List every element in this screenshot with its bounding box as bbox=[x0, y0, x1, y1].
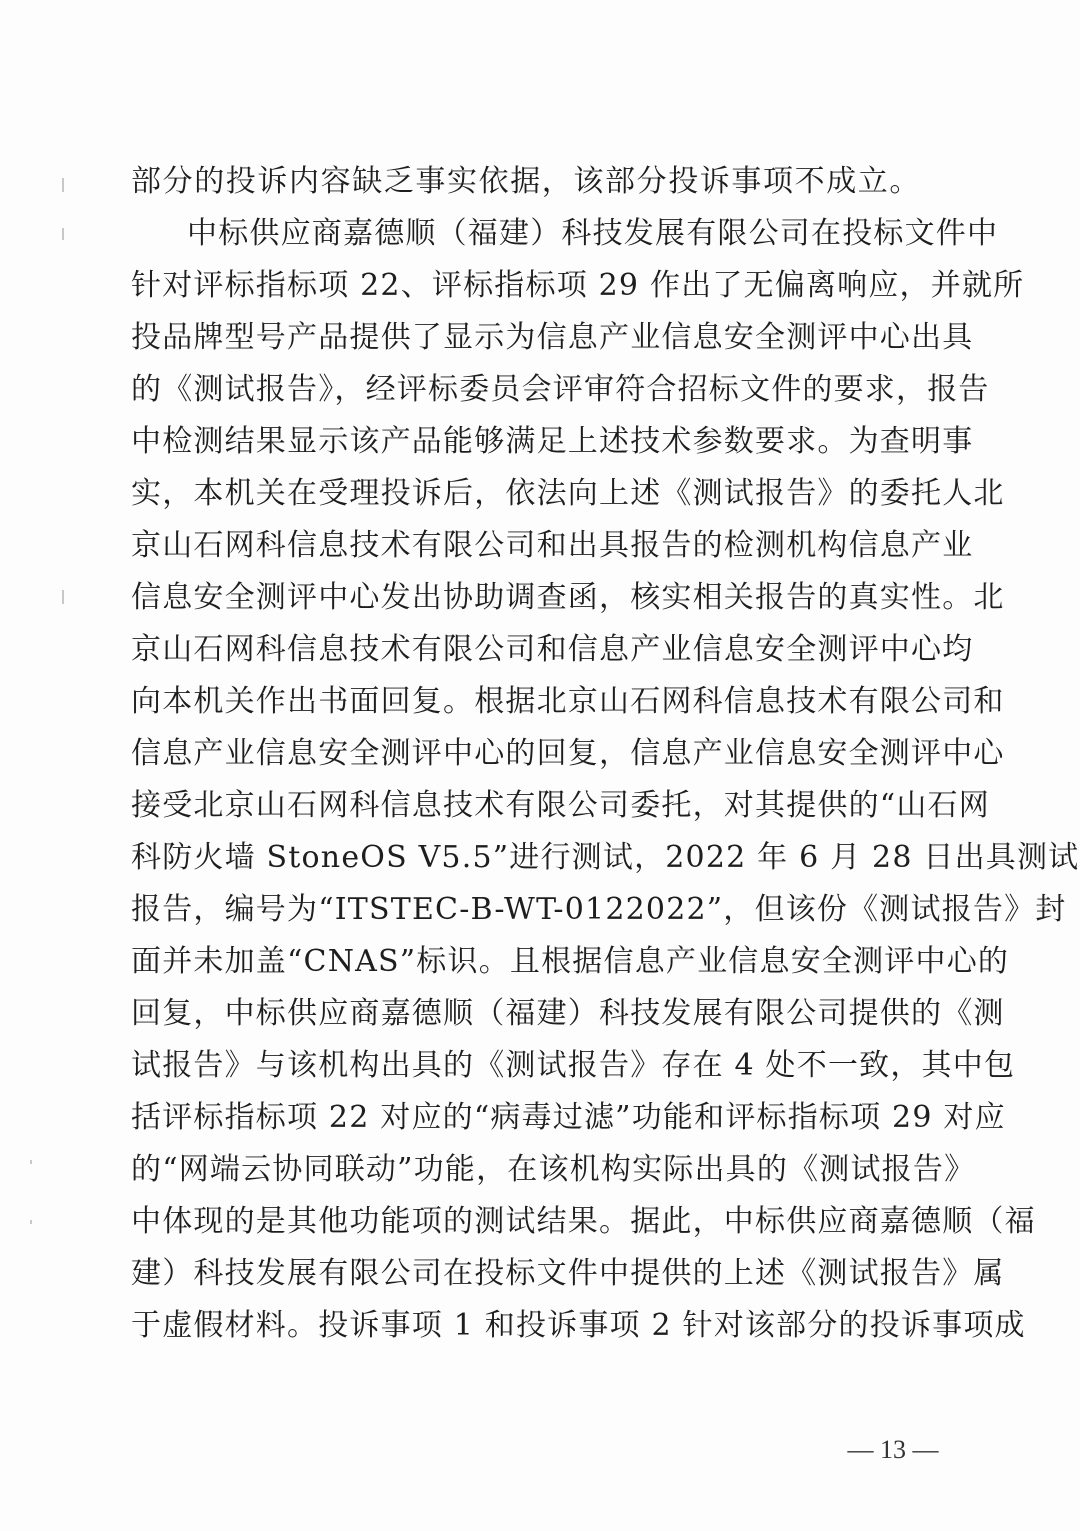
page-number: — 13 — bbox=[838, 1430, 948, 1470]
text-line: 中检测结果显示该产品能够满足上述技术参数要求。为查明事 bbox=[131, 416, 943, 468]
paragraph-first-line: 中标供应商嘉德顺（福建）科技发展有限公司在投标文件中 bbox=[187, 208, 943, 260]
text-line: 报告，编号为“ITSTEC-B-WT-0122022”，但该份《测试报告》封 bbox=[131, 884, 943, 936]
text-line: 实，本机关在受理投诉后，依法向上述《测试报告》的委托人北 bbox=[131, 468, 943, 520]
text-line: 中体现的是其他功能项的测试结果。据此，中标供应商嘉德顺（福 bbox=[131, 1196, 943, 1248]
text-line: 括评标指标项 22 对应的“病毒过滤”功能和评标指标项 29 对应 bbox=[131, 1092, 943, 1144]
scan-margin-mark bbox=[62, 228, 64, 240]
text-line: 回复，中标供应商嘉德顺（福建）科技发展有限公司提供的《测 bbox=[131, 988, 943, 1040]
text-line: 面并未加盖“CNAS”标识。且根据信息产业信息安全测评中心的 bbox=[131, 936, 943, 988]
text-line: 科防火墙 StoneOS V5.5”进行测试，2022 年 6 月 28 日出具… bbox=[131, 832, 943, 884]
text-line: 接受北京山石网科信息技术有限公司委托，对其提供的“山石网 bbox=[131, 780, 943, 832]
text-line: 信息安全测评中心发出协助调查函，核实相关报告的真实性。北 bbox=[131, 572, 943, 624]
text-line: 针对评标指标项 22、评标指标项 29 作出了无偏离响应，并就所 bbox=[131, 260, 943, 312]
text-line: 投品牌型号产品提供了显示为信息产业信息安全测评中心出具 bbox=[131, 312, 943, 364]
text-line: 建）科技发展有限公司在投标文件中提供的上述《测试报告》属 bbox=[131, 1248, 943, 1300]
text-line: 向本机关作出书面回复。根据北京山石网科信息技术有限公司和 bbox=[131, 676, 943, 728]
text-line: 的《测试报告》，经评标委员会评审符合招标文件的要求，报告 bbox=[131, 364, 943, 416]
text-line: 于虚假材料。投诉事项 1 和投诉事项 2 针对该部分的投诉事项成 bbox=[131, 1300, 943, 1352]
text-line: 信息产业信息安全测评中心的回复，信息产业信息安全测评中心 bbox=[131, 728, 943, 780]
scan-margin-mark bbox=[30, 1220, 32, 1224]
text-line: 试报告》与该机构出具的《测试报告》存在 4 处不一致，其中包 bbox=[131, 1040, 943, 1092]
scan-margin-mark bbox=[62, 178, 64, 192]
text-line: 京山石网科信息技术有限公司和出具报告的检测机构信息产业 bbox=[131, 520, 943, 572]
scan-margin-mark bbox=[30, 1160, 32, 1164]
text-line: 京山石网科信息技术有限公司和信息产业信息安全测评中心均 bbox=[131, 624, 943, 676]
text-line: 的“网端云协同联动”功能，在该机构实际出具的《测试报告》 bbox=[131, 1144, 943, 1196]
scan-margin-mark bbox=[62, 590, 64, 604]
document-page: 部分的投诉内容缺乏事实依据，该部分投诉事项不成立。 中标供应商嘉德顺（福建）科技… bbox=[0, 0, 1080, 1531]
text-line: 部分的投诉内容缺乏事实依据，该部分投诉事项不成立。 bbox=[131, 156, 943, 208]
